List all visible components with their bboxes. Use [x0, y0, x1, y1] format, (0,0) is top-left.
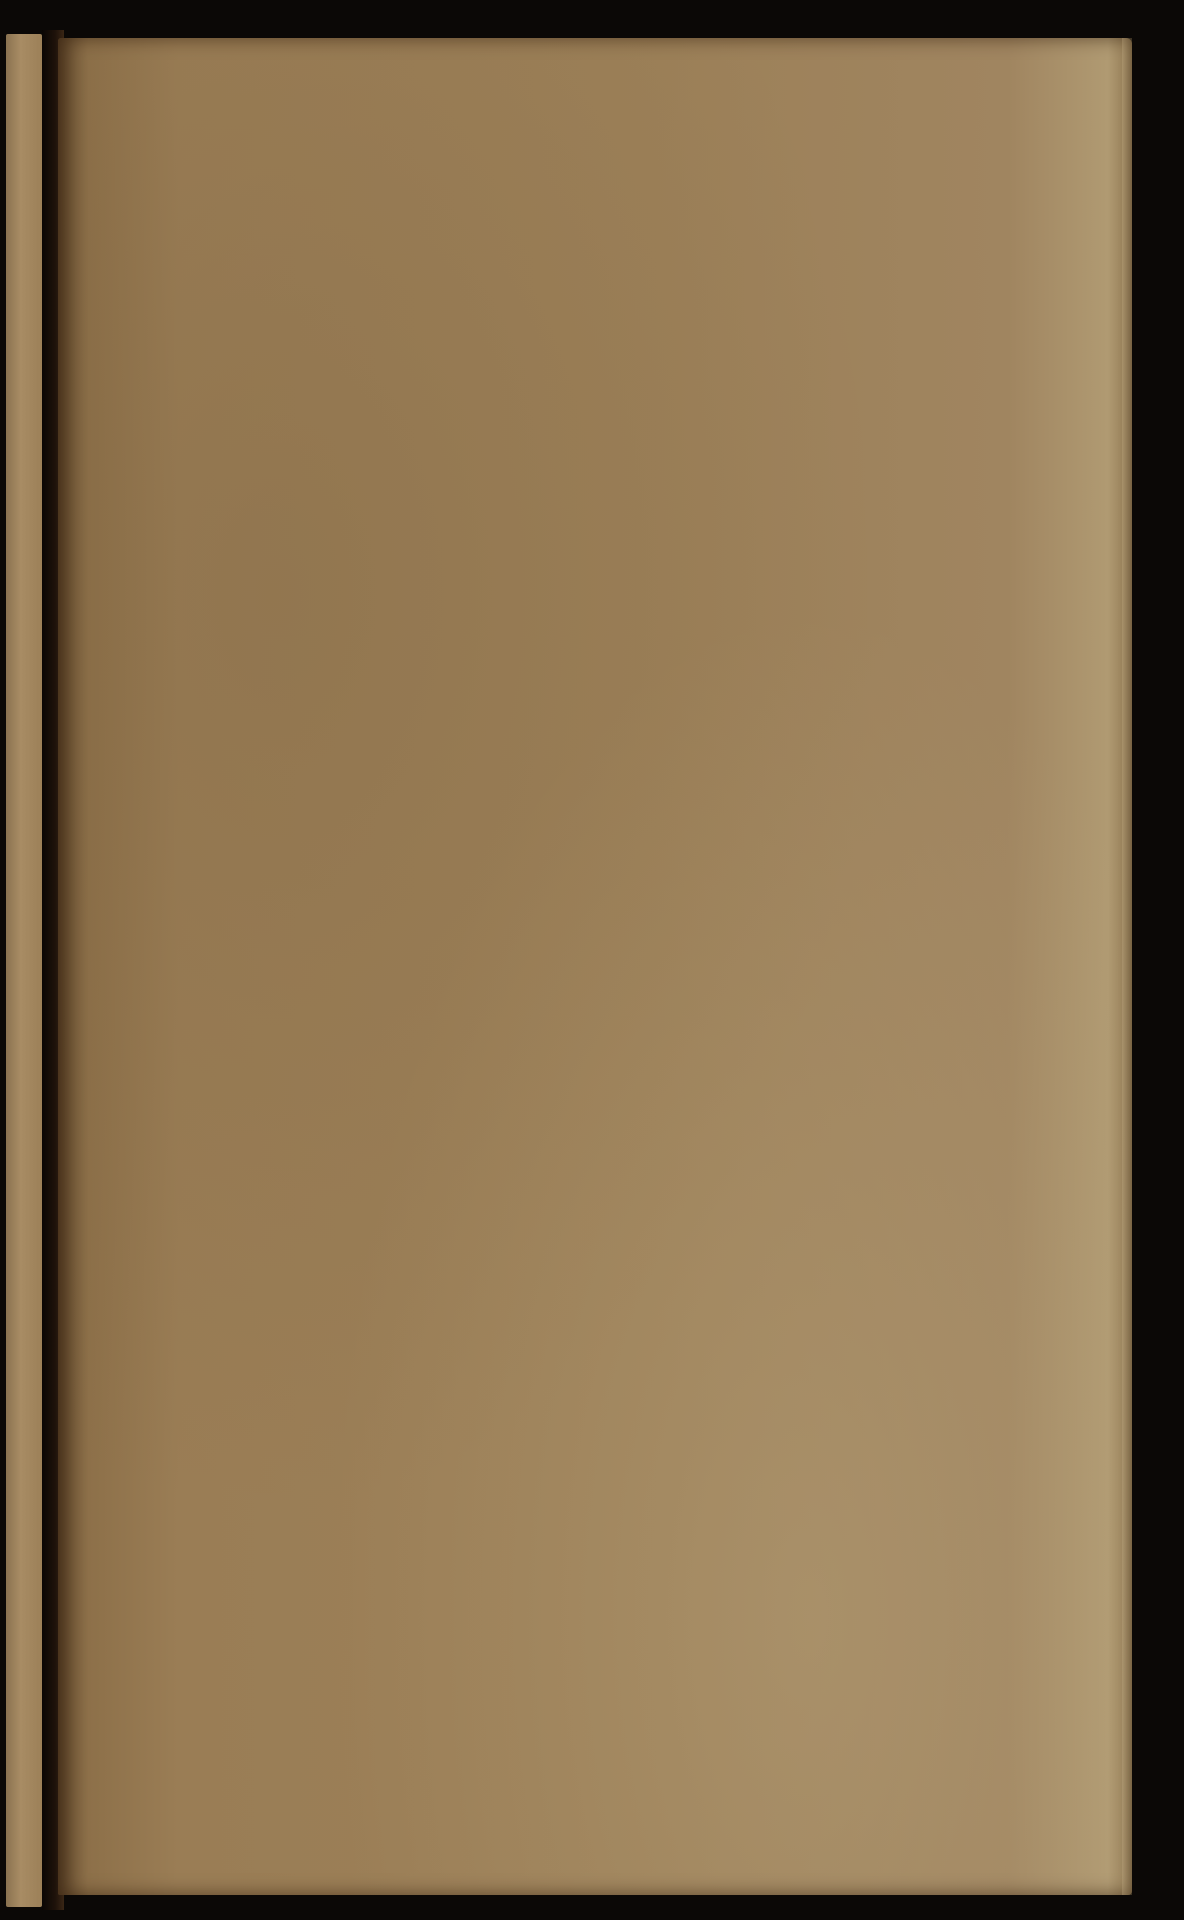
- page-fore-edge: [1122, 38, 1132, 1895]
- running-head: [150, 138, 1020, 174]
- book-page: [58, 38, 1132, 1895]
- facing-page-edge: [6, 34, 42, 1907]
